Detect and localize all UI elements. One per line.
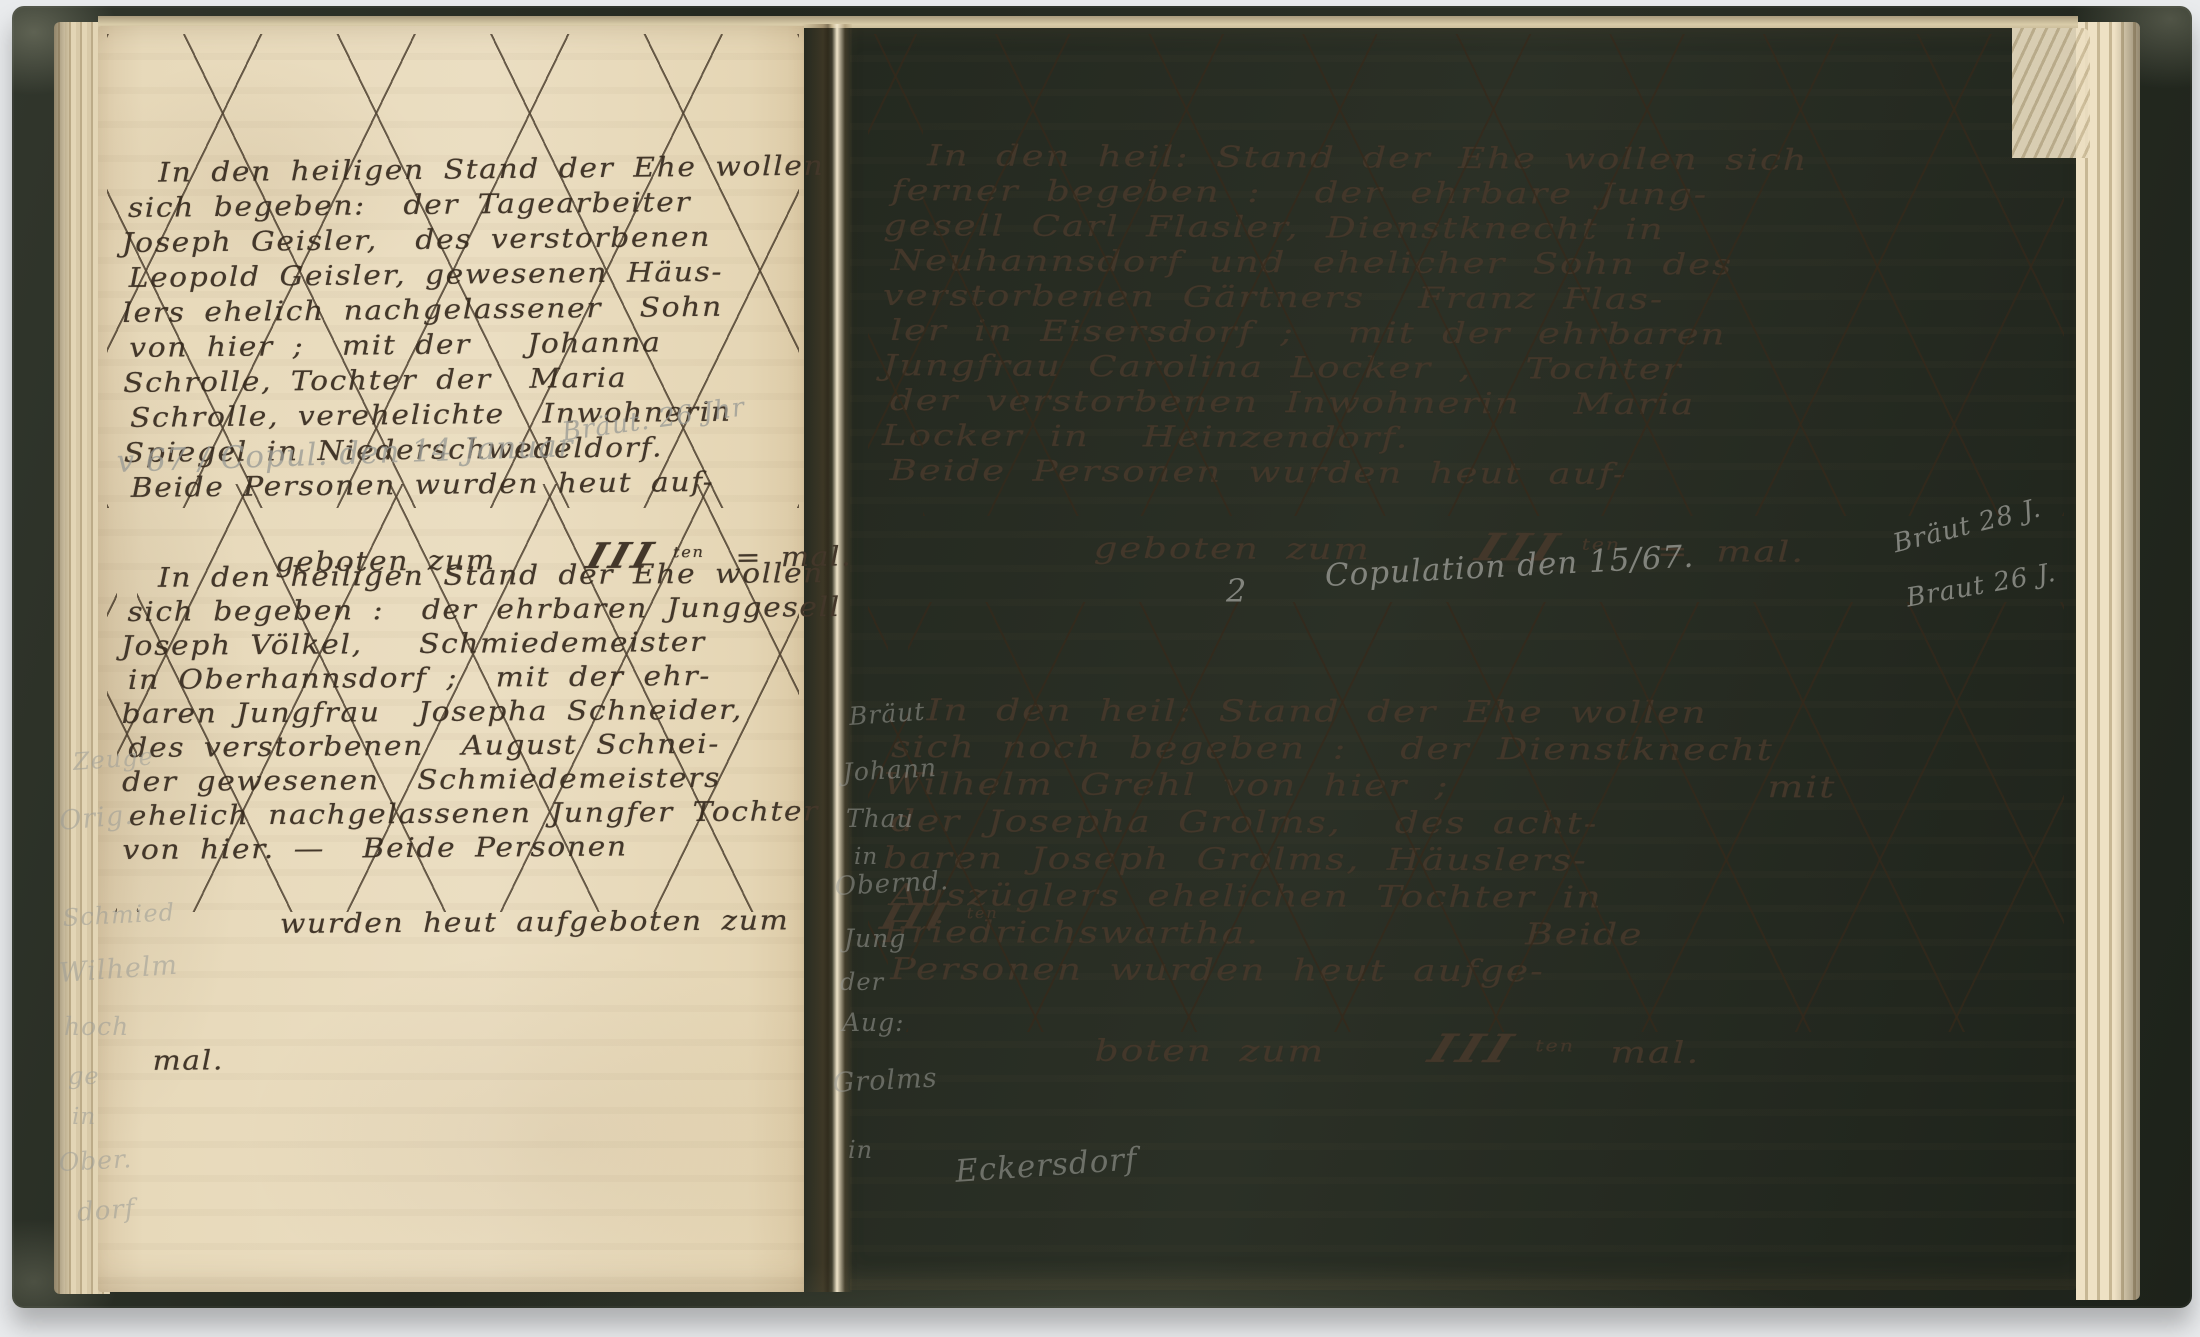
handwritten-line: lers ehelich nachgelassener Sohn [122, 289, 826, 331]
banns-count-line: geboten zumIIIten= mal. [881, 488, 2034, 606]
pencil-margin-note: Johann [842, 753, 938, 787]
pencil-margin-note: Obernd. [834, 866, 950, 902]
handwritten-line: des verstorbenen August Schnei- [128, 727, 826, 766]
pencil-margin-note: Orig. [58, 800, 135, 837]
book-cover: In den heiligen Stand der Ehe wollensich… [12, 6, 2192, 1308]
handwritten-line: baren Joseph Grolms, Häuslers- [883, 840, 2017, 881]
banns-final-pre: wurden heut aufgeboten zum [280, 905, 790, 940]
pencil-margin-note: dorf [76, 1194, 136, 1228]
handwritten-line: In den heiligen Stand der Ehe wollen [121, 149, 825, 191]
tally-suffix: ten [1535, 1036, 1575, 1055]
pencil-index-number-right: 2 [1226, 572, 1247, 610]
handwritten-line: der Josepha Grolms, des acht- [891, 803, 2018, 844]
pencil-margin-note: Grolms [832, 1063, 938, 1099]
pencil-margin-note: Ober. [58, 1144, 133, 1177]
handwritten-line: In den heil: Stand der Ehe wollen sich [883, 138, 2035, 179]
handwritten-line: der gewesenen Schmiedemeisters [122, 761, 826, 800]
pencil-margin-note: in [72, 1104, 96, 1130]
pencil-margin-note: hoch [64, 1012, 129, 1041]
pencil-margin-note: Thau [846, 804, 914, 833]
pencil-margin-note: der [840, 968, 884, 996]
handwritten-line: Locker in Heinzendorf. [882, 418, 2034, 459]
pencil-margin-note: in [854, 844, 878, 870]
handwritten-line: sich noch begeben : der Dienstknecht [891, 729, 2018, 770]
banns-tail-line: mal. [152, 1040, 828, 1079]
photo-background: In den heiligen Stand der Ehe wollensich… [0, 0, 2200, 1337]
tally-III: III [1424, 1031, 1522, 1068]
pencil-margin-note: Schmied [62, 898, 176, 932]
handwritten-line: Joseph Völkel, Schmiedemeister [121, 625, 825, 664]
handwritten-line: von hier. — Beide Personen [122, 829, 826, 868]
handwritten-line: sich begeben : der ehrbaren Junggesell [127, 591, 825, 630]
banns-entry-right-2: In den heil: Stand der Ehe wollensich no… [882, 618, 2018, 1184]
banns-final-post: mal. [1610, 1036, 1700, 1071]
banns-count-line: wurden heut aufgeboten zumIIIten [129, 863, 827, 977]
handwritten-line: baren Jungfrau Josepha Schneider, [121, 693, 825, 732]
banns-entry-left-2: In den heiligen Stand der Ehe wollensich… [120, 489, 829, 1147]
banns-final-pre: boten zum [1094, 1034, 1325, 1070]
handwritten-line: gesell Carl Flasler, Dienstknecht in [883, 208, 2035, 249]
pencil-margin-note: Zeuge [72, 742, 155, 776]
handwritten-line: Neuhannsdorf und ehelicher Sohn des [891, 243, 2035, 284]
handwritten-line: der verstorbenen Inwohnerin Maria [890, 383, 2034, 424]
handwritten-line: In den heiligen Stand der Ehe wollen [120, 557, 824, 596]
pencil-margin-note: ge [68, 1062, 100, 1090]
handwritten-line: Jungfrau Carolina Locker , Tochter [882, 348, 2034, 389]
handwritten-line: in Oberhannsdorf ; mit der ehr- [128, 659, 826, 698]
handwritten-line: Friedrichswartha. Beide [883, 914, 2017, 955]
handwritten-line: Personen wurden heut aufge- [890, 951, 2017, 992]
handwritten-line: Beide Personen wurden heut auf- [889, 453, 2033, 494]
pencil-margin-note: Aug: [842, 1008, 905, 1037]
handwritten-line: In den heil: Stand der Ehe wollen [884, 692, 2018, 733]
banns-count-line: boten zumIIItenmal. [882, 988, 2016, 1110]
handwritten-line: Wilhelm Grehl von hier ; mit [883, 766, 2017, 807]
handwritten-line: ferner begeben : der ehrbare Jung- [891, 173, 2035, 214]
handwritten-line: ehelich nachgelassenen Jungfer Tochter [129, 795, 827, 834]
handwritten-line: ler in Eisersdorf ; mit der ehrbaren [890, 313, 2034, 354]
handwritten-line: verstorbenen Gärtners Franz Flas- [883, 278, 2035, 319]
pencil-margin-note: Bräut [848, 697, 926, 731]
pencil-margin-note: Jung [844, 924, 906, 953]
pencil-margin-note: in [848, 1136, 873, 1164]
page-edges-right [2076, 22, 2140, 1300]
handwritten-line: Auszüglers ehelichen Tochter in [891, 877, 2018, 918]
